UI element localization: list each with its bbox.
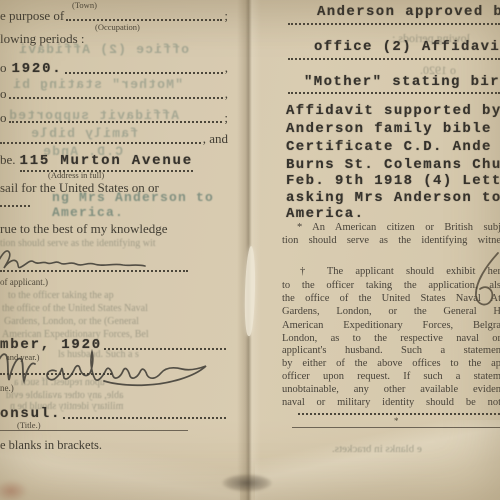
ghost-text: e blanks in brackets. <box>332 443 422 455</box>
typed-entry-2: office (2) Affidavi <box>314 39 500 55</box>
dotted-leader <box>0 140 201 144</box>
ghost-text: the office of the United States Naval <box>2 303 148 314</box>
period-entry-3: o ; <box>0 110 228 126</box>
footnote-star-line: tion should serve as the identifying wit… <box>282 235 500 248</box>
footnote-dagger-line: unobtainable, any other available eviden <box>282 384 500 397</box>
purpose-text: e purpose of <box>0 8 64 24</box>
typed-paragraph-line: Anderson family bible <box>286 121 492 137</box>
entry-rule-3 <box>288 90 500 94</box>
footnote-dagger-line: applicant's husband. Such a statemen <box>282 345 500 358</box>
dotted-leader <box>9 119 223 123</box>
footer-rule-left <box>0 430 188 431</box>
periods-heading: lowing periods : <box>0 31 85 47</box>
period2-prefix: o <box>0 86 7 102</box>
occupation-label: (Occupation) <box>95 22 140 32</box>
purpose-suffix: ; <box>224 8 228 24</box>
period-entry-1: o 1920. , <box>0 60 228 77</box>
typed-paragraph-line: Burns St. Colemans Chu <box>286 157 500 173</box>
periods-text: lowing periods : <box>0 31 85 47</box>
title-label: (Title.) <box>17 420 41 430</box>
ghost-text: Gardens, London, or the (General <box>4 316 139 327</box>
be-prefix: be. <box>0 152 16 168</box>
dotted-leader <box>65 70 223 74</box>
sail-text: sail for the United States on or <box>0 180 159 196</box>
typed-paragraph-line: Feb. 9th 1918 (4) Lett <box>286 173 500 189</box>
ghost-text: America. <box>52 205 124 220</box>
typed-paragraph-line: Certificate C.D. Ande <box>286 139 492 155</box>
period3-suffix: ; <box>224 110 228 126</box>
period3-prefix: o <box>0 110 7 126</box>
entry-rule-2 <box>288 56 500 60</box>
dotted-leader <box>63 415 226 419</box>
footer-note-text: e blanks in brackets. <box>0 438 102 453</box>
sail-line: sail for the United States on or <box>0 180 159 196</box>
footnote-dagger-line: officer upon request. If such a statem <box>282 371 500 384</box>
knowledge-line: rue to the best of my knowledge <box>0 221 168 237</box>
applicant-label: of applicant.) <box>0 277 48 287</box>
period4-suffix: , and <box>203 131 228 147</box>
address-typed-value: 115 Murton Avenue <box>20 153 193 172</box>
address-line: be. 115 Murton Avenue <box>0 152 193 172</box>
footnote-dagger-line: naval or military identity should be not <box>282 397 500 410</box>
footnote-marker: * <box>394 416 399 426</box>
year-typed-value: 1920. <box>12 61 63 77</box>
period2-suffix: , <box>225 86 228 102</box>
ghost-text: to the officer taking the ap <box>8 290 114 301</box>
period1-suffix: , <box>225 60 228 76</box>
dotted-leader <box>66 17 222 21</box>
typed-paragraph-line: Affidavit supported by <box>286 103 500 119</box>
ne-label: ne.) <box>0 383 14 393</box>
dotted-leader <box>9 95 223 99</box>
fold-highlight-right <box>255 420 500 500</box>
applicant-signature <box>0 246 148 278</box>
footnote-dagger-line: American Expeditionary Forces, Belgra <box>282 320 500 333</box>
footnote-dagger-line: by either of the above offices to the ap <box>282 358 500 371</box>
period-entry-4: , and <box>0 131 228 147</box>
period1-prefix: o <box>0 60 7 76</box>
typed-paragraph-line: asking Mrs Anderson to <box>286 190 500 206</box>
pencil-loop-mark <box>468 250 500 312</box>
ghost-text: able, any other available evid <box>6 390 123 401</box>
footnote-star-line: * An American citizen or British subj <box>297 222 500 235</box>
footer-rule-right <box>292 427 500 428</box>
scanned-document: office (2) Affidavi "Mother" stating bi … <box>0 0 500 500</box>
period-entry-2: o , <box>0 86 228 102</box>
footer-dotted-line-right <box>298 411 500 415</box>
red-smear <box>0 480 28 500</box>
knowledge-text: rue to the best of my knowledge <box>0 221 168 237</box>
typed-entry-1: Anderson approved b <box>317 4 500 20</box>
dotted-leader-short <box>0 203 30 207</box>
ink-stain <box>222 474 272 492</box>
typed-entry-3: "Mother" stating bir <box>304 74 500 90</box>
address-label: (Address in full) <box>48 170 104 180</box>
entry-rule-1 <box>288 21 500 25</box>
footer-note: e blanks in brackets. <box>0 438 102 453</box>
typed-paragraph-line: America. <box>286 206 364 222</box>
official-signature <box>0 347 222 391</box>
